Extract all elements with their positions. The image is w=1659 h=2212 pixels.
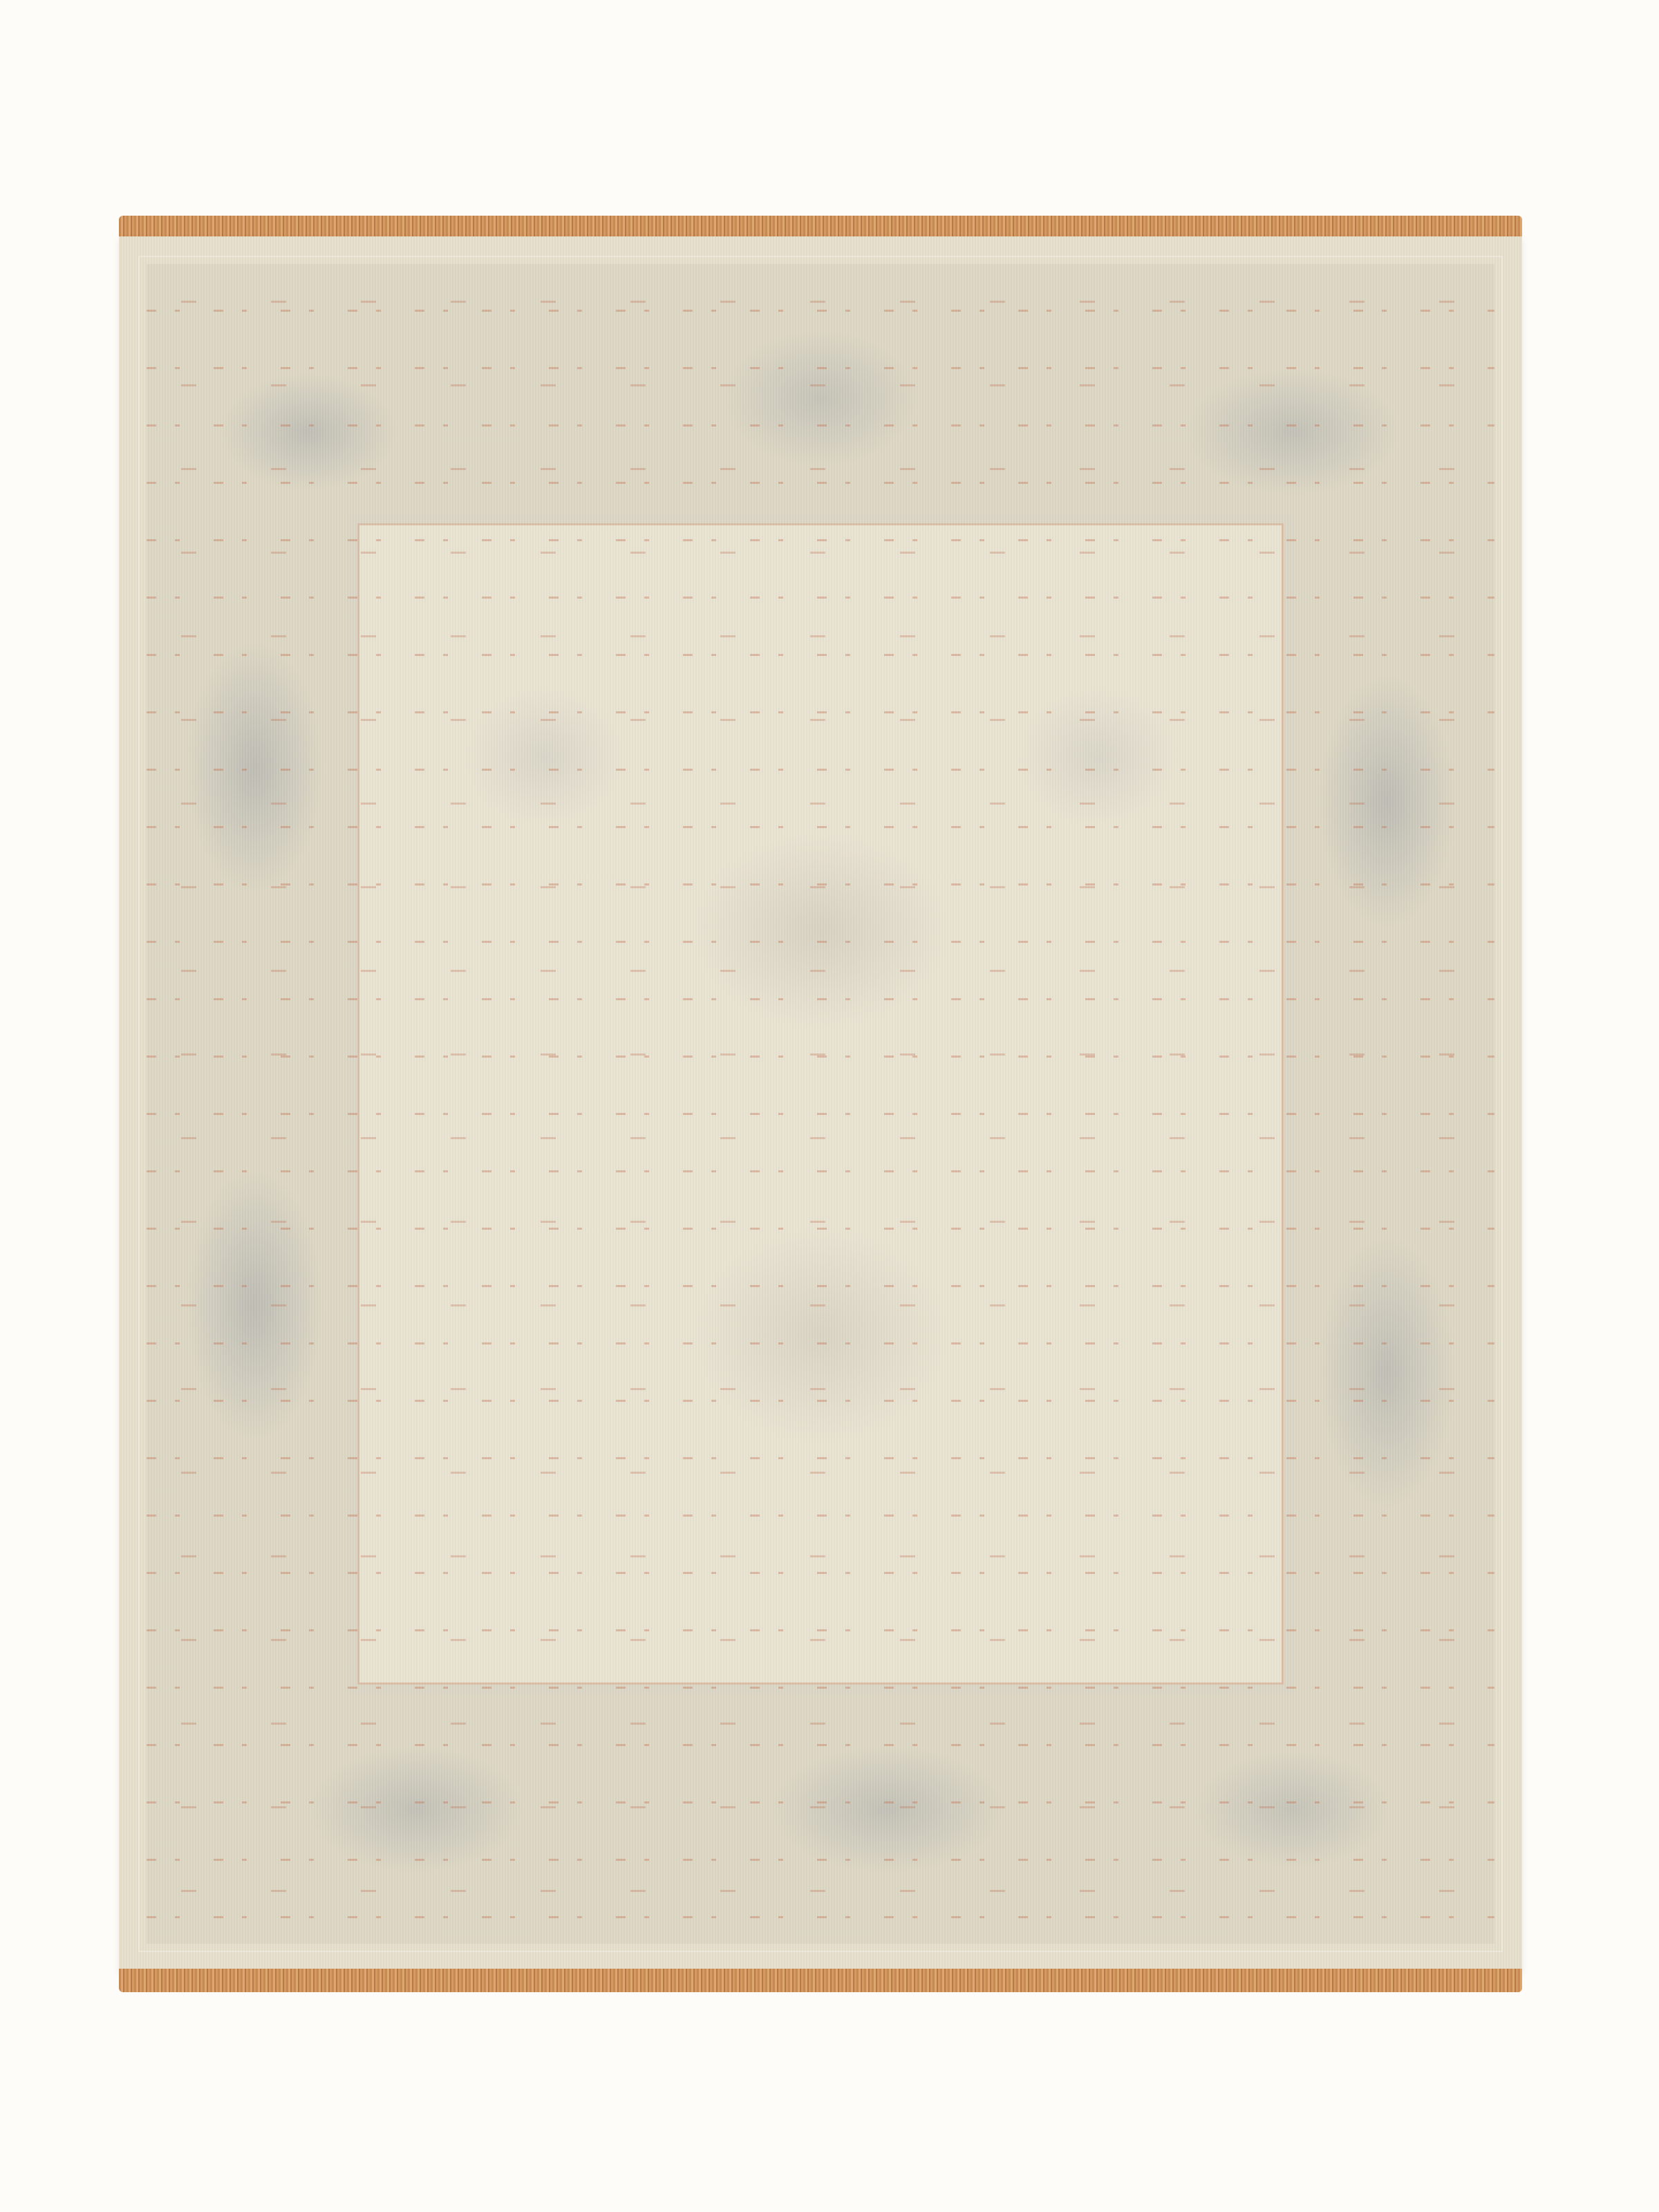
bottom-fringe	[119, 1969, 1522, 1992]
rug	[119, 216, 1522, 1992]
top-fringe	[119, 216, 1522, 239]
rug-body	[119, 236, 1522, 1971]
weave-texture	[119, 236, 1522, 1971]
